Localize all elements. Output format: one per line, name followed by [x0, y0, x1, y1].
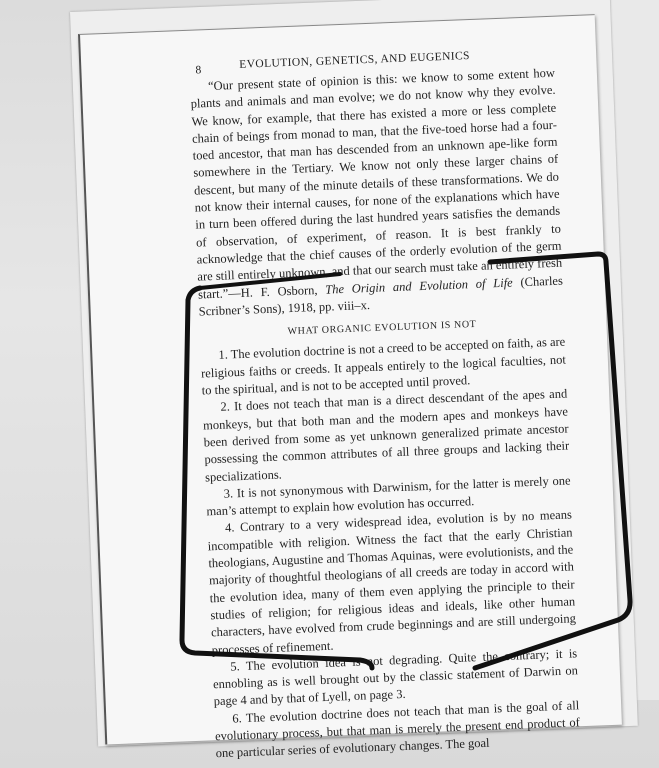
book-page: 8 EVOLUTION, GENETICS, AND EUGENICS “Our… — [78, 14, 622, 744]
quote-text: “Our present state of opinion is this: w… — [191, 66, 563, 301]
page-number: 8 — [195, 62, 202, 80]
list-item: 4. Contrary to a very widespread idea, e… — [207, 507, 577, 659]
citation-title: The Origin and Evolution of Life — [325, 275, 513, 296]
page-content: 8 EVOLUTION, GENETICS, AND EUGENICS “Our… — [189, 45, 581, 763]
list-item: 2. It does not teach that man is a direc… — [202, 386, 570, 486]
quote-paragraph: “Our present state of opinion is this: w… — [190, 65, 564, 321]
